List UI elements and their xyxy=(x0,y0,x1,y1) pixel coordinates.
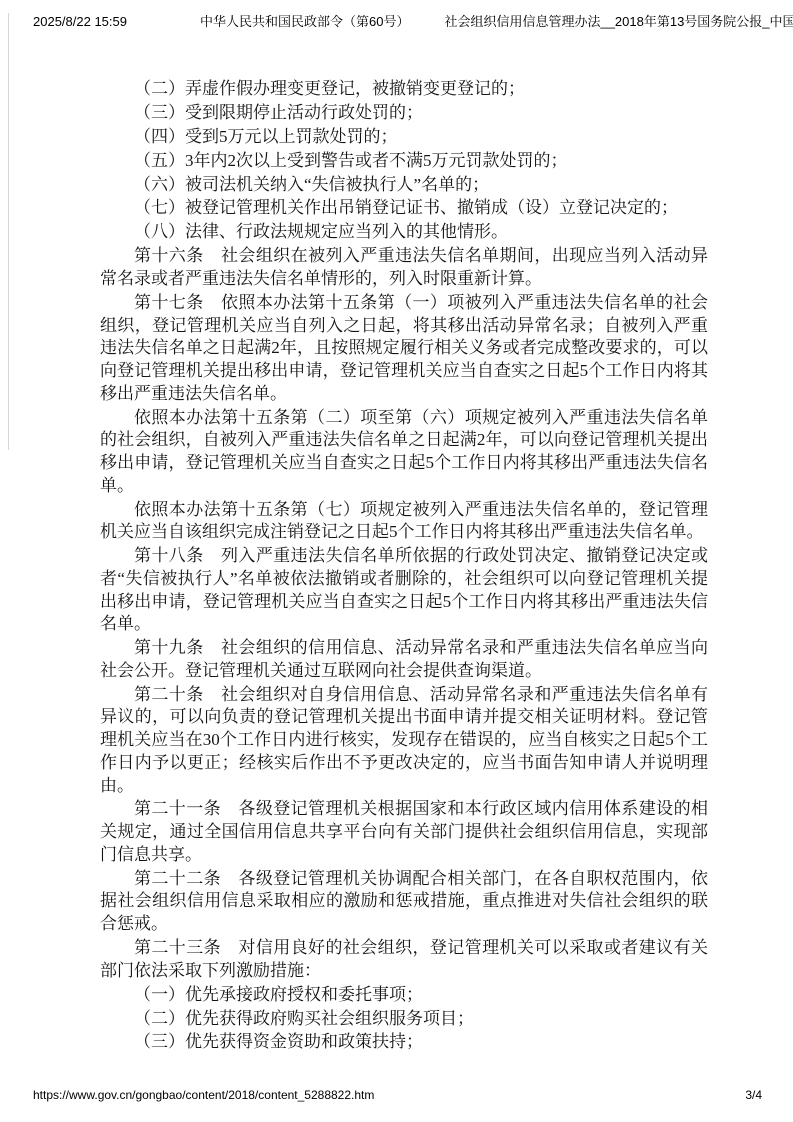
document-paragraph: 第二十三条 对信用良好的社会组织，登记管理机关可以采取或者建议有关部门依法采取下… xyxy=(100,937,708,982)
print-title-part2: 社会组织信用信息管理办法__2018年第13号国务院公报_中国政府网 xyxy=(444,14,793,29)
print-header: 2025/8/22 15:59 中华人民共和国民政部令（第60号）社会组织信用信… xyxy=(33,14,760,32)
print-footer: https://www.gov.cn/gongbao/content/2018/… xyxy=(33,1088,762,1104)
print-footer-url: https://www.gov.cn/gongbao/content/2018/… xyxy=(33,1088,374,1102)
page-edge-line xyxy=(8,13,9,450)
document-paragraph: 第二十条 社会组织对自身信用信息、活动异常名录和严重违法失信名单有异议的，可以向… xyxy=(100,684,708,798)
document-paragraph: （二）优先获得政府购买社会组织服务项目； xyxy=(100,1008,708,1031)
document-paragraph: 第十六条 社会组织在被列入严重违法失信名单期间，出现应当列入活动异常名录或者严重… xyxy=(100,245,708,290)
print-page-title: 中华人民共和国民政部令（第60号）社会组织信用信息管理办法__2018年第13号… xyxy=(200,14,793,30)
document-paragraph: （八）法律、行政法规规定应当列入的其他情形。 xyxy=(100,221,708,244)
document-paragraph: （一）优先承接政府授权和委托事项； xyxy=(100,984,708,1007)
document-paragraph: （六）被司法机关纳入“失信被执行人”名单的； xyxy=(100,174,708,197)
document-paragraph: 第十七条 依照本办法第十五条第（一）项被列入严重违法失信名单的社会组织，登记管理… xyxy=(100,292,708,406)
document-paragraph: 第十九条 社会组织的信用信息、活动异常名录和严重违法失信名单应当向社会公开。登记… xyxy=(100,637,708,682)
document-paragraph: 第十八条 列入严重违法失信名单所依据的行政处罚决定、撤销登记决定或者“失信被执行… xyxy=(100,545,708,636)
document-paragraph: 第二十二条 各级登记管理机关协调配合相关部门，在各自职权范围内，依据社会组织信用… xyxy=(100,868,708,936)
document-paragraph: 依照本办法第十五条第（二）项至第（六）项规定被列入严重违法失信名单的社会组织，自… xyxy=(100,407,708,498)
document-paragraph: 依照本办法第十五条第（七）项规定被列入严重违法失信名单的，登记管理机关应当自该组… xyxy=(100,499,708,544)
document-paragraph: （三）优先获得资金资助和政策扶持； xyxy=(100,1031,708,1054)
document-paragraph: （二）弄虚作假办理变更登记，被撤销变更登记的； xyxy=(100,78,708,101)
document-paragraph: （四）受到5万元以上罚款处罚的； xyxy=(100,126,708,149)
document-body: （二）弄虚作假办理变更登记，被撤销变更登记的；（三）受到限期停止活动行政处罚的；… xyxy=(100,78,708,1055)
print-title-part1: 中华人民共和国民政部令（第60号） xyxy=(200,14,409,29)
print-page-indicator: 3/4 xyxy=(745,1088,762,1102)
print-page: 2025/8/22 15:59 中华人民共和国民政部令（第60号）社会组织信用信… xyxy=(0,0,793,1122)
print-datetime: 2025/8/22 15:59 xyxy=(33,14,127,30)
document-paragraph: （三）受到限期停止活动行政处罚的； xyxy=(100,102,708,125)
document-paragraph: （七）被登记管理机关作出吊销登记证书、撤销成（设）立登记决定的； xyxy=(100,197,708,220)
document-paragraph: 第二十一条 各级登记管理机关根据国家和本行政区域内信用体系建设的相关规定，通过全… xyxy=(100,798,708,866)
document-paragraph: （五）3年内2次以上受到警告或者不满5万元罚款处罚的； xyxy=(100,150,708,173)
